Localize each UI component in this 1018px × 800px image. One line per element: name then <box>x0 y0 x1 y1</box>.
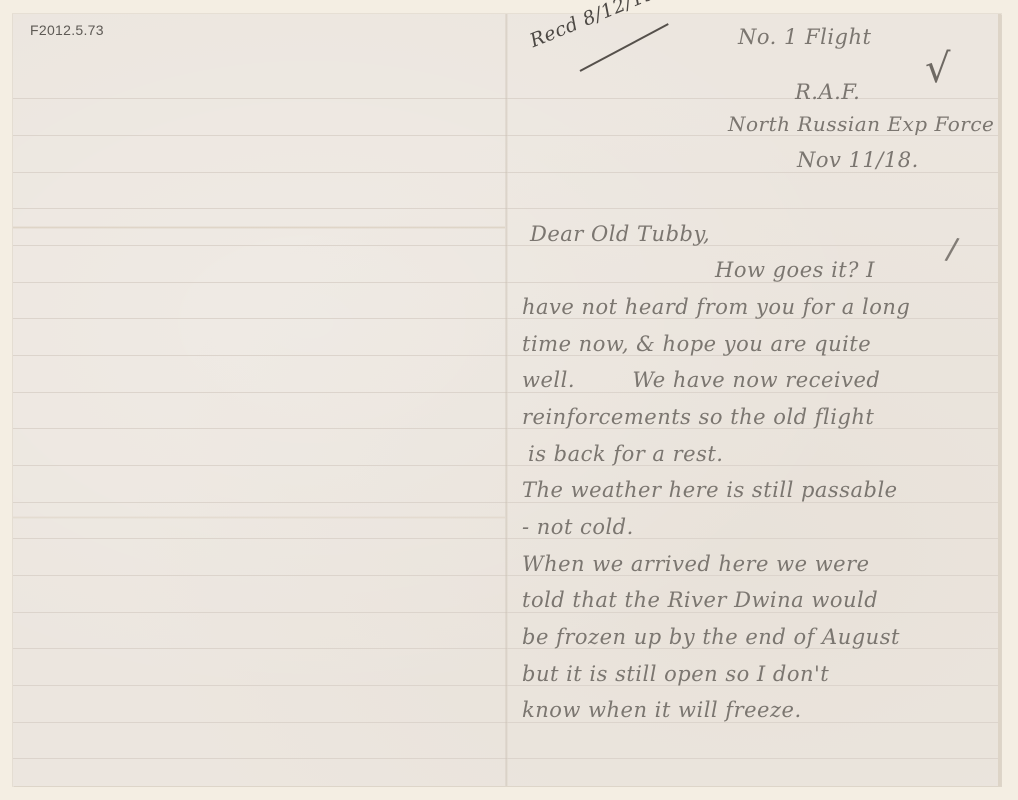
letter-line: The weather here is still passable <box>522 478 898 502</box>
sheet-edge <box>998 14 1001 786</box>
salutation: Dear Old Tubby, <box>530 222 710 246</box>
letter-line: be frozen up by the end of August <box>522 625 900 649</box>
address-service: R.A.F. <box>795 80 860 104</box>
address-force: North Russian Exp Force <box>728 112 994 136</box>
letter-line: told that the River Dwina would <box>522 588 878 612</box>
letter-line: reinforcements so the old flight <box>522 405 874 429</box>
letter-line: well. We have now received <box>522 368 880 392</box>
letter-line: but it is still open so I don't <box>522 662 829 686</box>
letter-line: - not cold. <box>522 515 634 539</box>
letter-line: have not heard from you for a long <box>522 295 910 319</box>
letter-line: How goes it? I <box>715 258 875 282</box>
address-unit: No. 1 Flight <box>738 25 871 49</box>
letter-line: When we arrived here we were <box>522 552 870 576</box>
horizontal-fold-crease <box>13 516 505 519</box>
horizontal-fold-crease <box>13 226 505 229</box>
document-viewer: F2012.5.73 Recd 8/12/1918. No. 1 Flight … <box>0 0 1018 800</box>
accession-number: F2012.5.73 <box>30 22 104 38</box>
letter-line: is back for a rest. <box>528 442 723 466</box>
letter-line: know when it will freeze. <box>522 698 802 722</box>
check-mark-icon: √ <box>925 46 951 92</box>
letter-line: time now, & hope you are quite <box>522 332 871 356</box>
letter-date: Nov 11/18. <box>797 148 919 172</box>
vertical-fold-crease <box>505 14 508 786</box>
